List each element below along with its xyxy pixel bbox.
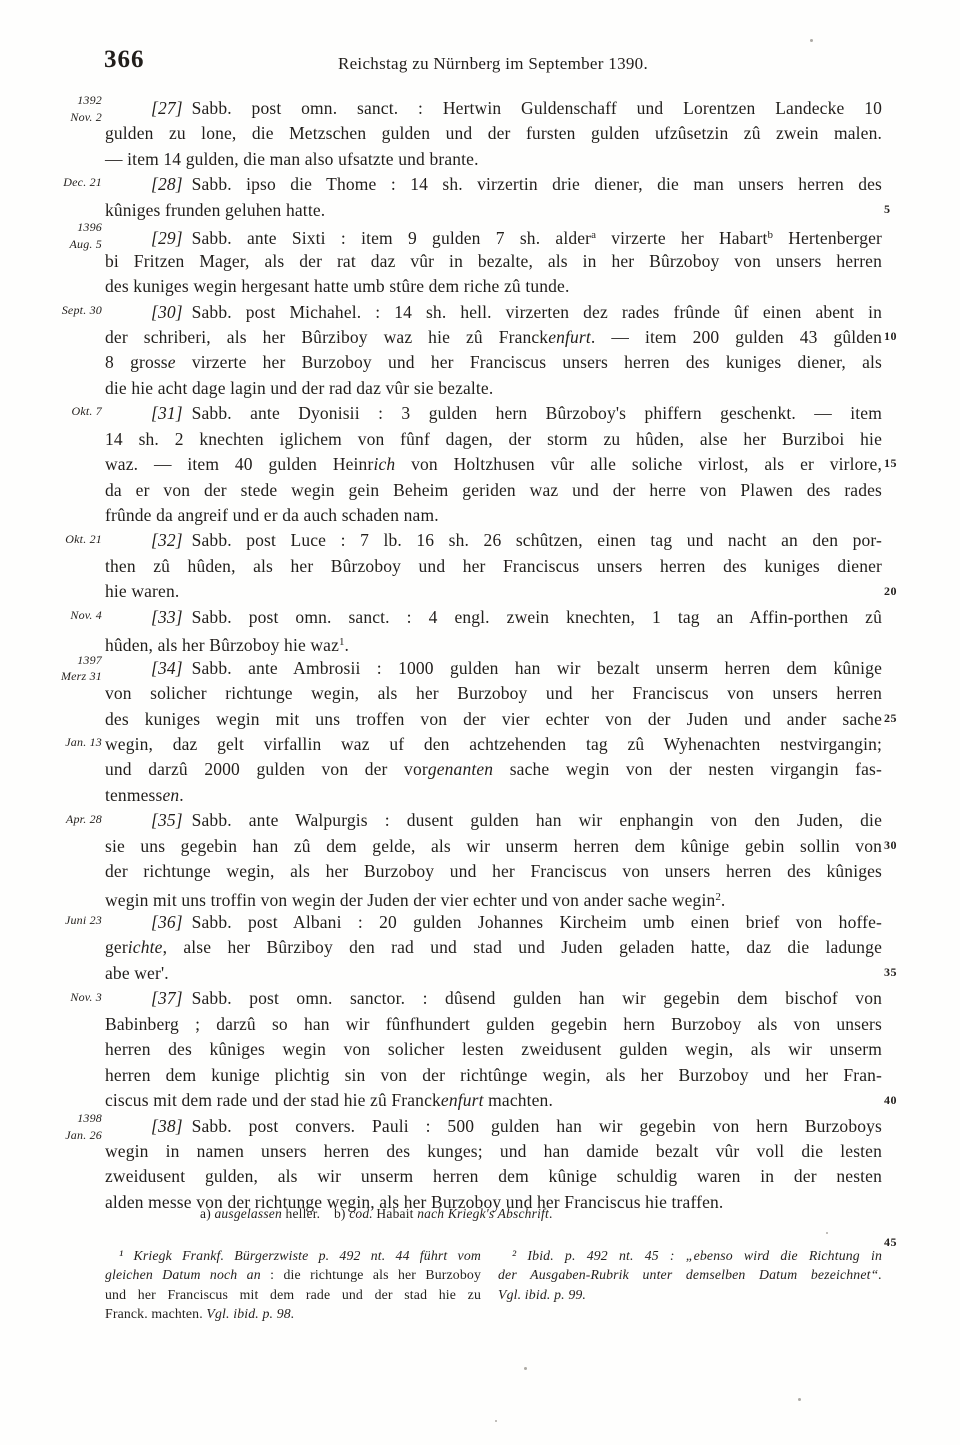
text-segment: a) — [200, 1206, 214, 1221]
footnote-2: ² Ibid. p. 492 nt. 45 : „ebenso wird die… — [498, 1246, 882, 1304]
text-segment: und darzû 2000 gulden von der vor — [105, 759, 428, 779]
text-line: 8 grosse virzerte her Burzoboy und her F… — [105, 350, 882, 375]
text-line: wegin mit uns troffin von wegin der Jude… — [105, 885, 882, 910]
text-segment: wegin mit uns troffin von wegin der Jude… — [105, 890, 715, 910]
text-segment: virzerte her Habart — [596, 228, 768, 248]
text-segment: die hie acht dage lagin und der rad daz … — [105, 378, 493, 398]
margin-date-note: Okt. 7 — [38, 403, 102, 420]
text-line: [35] Sabb. ante Walpurgis : dusent gulde… — [105, 808, 882, 833]
text-line: then zû hûden, als her Bûrzoboy und her … — [105, 554, 882, 579]
text-segment: der schriberi, als her Bûrziboy waz hie … — [105, 327, 548, 347]
margin-date-note: 1396Aug. 5 — [38, 219, 102, 252]
ledger-entry: [35] Sabb. ante Walpurgis : dusent gulde… — [105, 808, 882, 910]
text-segment: : die richtunge als her Burzoboy — [261, 1267, 481, 1282]
margin-date-note: Okt. 21 — [38, 531, 102, 548]
text-segment: [29] — [151, 228, 183, 248]
margin-date-note: Nov. 3 — [38, 989, 102, 1006]
text-segment: herren dem kunige plichtig sin von der r… — [105, 1065, 882, 1085]
text-segment: bi Fritzen Mager, als der rat daz vûr in… — [105, 251, 882, 271]
footnote-1: ¹ Kriegk Frankf. Bürgerzwiste p. 492 nt.… — [105, 1246, 481, 1323]
scan-speckle — [810, 39, 813, 42]
text-segment: genanten — [428, 759, 493, 779]
text-segment: — item 14 gulden, die man also ufsatzte … — [105, 149, 479, 169]
text-segment: . — [549, 1206, 553, 1221]
margin-date-note: Nov. 4 — [38, 607, 102, 624]
text-segment: ¹ Kriegk Frankf. Bürgerzwiste p. 492 nt.… — [119, 1248, 481, 1263]
text-segment: [27] — [151, 98, 183, 118]
ledger-entry: [28] Sabb. ipso die Thome : 14 sh. virze… — [105, 172, 882, 223]
text-segment: hie waren. — [105, 581, 179, 601]
text-line: [29] Sabb. ante Sixti : item 9 gulden 7 … — [105, 223, 882, 248]
text-line: [34] Sabb. ante Ambrosii : 1000 gulden h… — [105, 656, 882, 681]
text-line: [37] Sabb. post omn. sanctor. : dûsend g… — [105, 986, 882, 1011]
text-segment: ich — [373, 454, 395, 474]
text-line: gleichen Datum noch an : die richtunge a… — [105, 1265, 481, 1284]
text-segment: von Holtzhusen vûr alle soliche virlost,… — [395, 454, 882, 474]
scan-speckle — [495, 1420, 497, 1422]
text-segment: enfurt — [441, 1090, 484, 1110]
book-page-scan: 366 Reichstag zu Nürnberg im September 1… — [0, 0, 960, 1445]
text-segment: [36] — [151, 912, 183, 932]
text-segment: enfurt — [548, 327, 591, 347]
margin-date-note: 1392Nov. 2 — [38, 92, 102, 125]
text-segment: sache wegin von der nesten virgangin fas… — [493, 759, 882, 779]
text-line: frûnde da angreif und er da auch schaden… — [105, 503, 882, 528]
line-number: 25 — [884, 711, 910, 726]
text-line: kûniges frunden geluhen hatte. — [105, 198, 882, 223]
text-line: sie uns gegebin han zû dem gelde, als wi… — [105, 834, 882, 859]
text-segment: nach Kriegk's Abschrift — [417, 1206, 549, 1221]
ledger-entry: [38] Sabb. post convers. Pauli : 500 gul… — [105, 1114, 882, 1216]
text-segment: ² Ibid. p. 492 nt. 45 : „ebenso wird die… — [512, 1248, 882, 1263]
text-segment: [28] — [151, 174, 183, 194]
text-line: Franck. machten. Vgl. ibid. p. 98. — [105, 1304, 481, 1323]
text-segment: der richtunge wegin, als her Burzoboy un… — [105, 861, 882, 881]
margin-date-note: Juni 23 — [38, 912, 102, 929]
text-segment: [34] — [151, 658, 183, 678]
text-segment: cod. — [349, 1206, 373, 1221]
text-line: des kuniges wegin hergesant hatte umb st… — [105, 274, 882, 299]
text-line: abe wer'. — [105, 961, 882, 986]
text-segment: des kuniges wegin mit uns troffen von de… — [105, 709, 882, 729]
text-segment: Babinberg ; darzû so han wir fûnfhundert… — [105, 1014, 882, 1034]
ledger-entry: [36] Sabb. post Albani : 20 gulden Johan… — [105, 910, 882, 986]
ledger-entry: [31] Sabb. ante Dyonisii : 3 gulden hern… — [105, 401, 882, 528]
text-segment: then zû hûden, als her Bûrzoboy und her … — [105, 556, 882, 576]
text-segment: Sabb. post Luce : 7 lb. 16 sh. 26 schûtz… — [183, 530, 882, 550]
ledger-entry: [32] Sabb. post Luce : 7 lb. 16 sh. 26 s… — [105, 528, 882, 604]
text-segment: en — [162, 785, 179, 805]
text-segment: [31] — [151, 403, 183, 423]
text-segment: machten. — [484, 1090, 553, 1110]
text-segment: . — [179, 785, 184, 805]
text-line: [38] Sabb. post convers. Pauli : 500 gul… — [105, 1114, 882, 1139]
text-line: ¹ Kriegk Frankf. Bürgerzwiste p. 492 nt.… — [105, 1246, 481, 1265]
ledger-entry: [33] Sabb. post omn. sanct. : 4 engl. zw… — [105, 605, 882, 656]
text-segment: , alse her Bûrziboy den rad und stad und… — [163, 937, 882, 957]
text-line: [31] Sabb. ante Dyonisii : 3 gulden hern… — [105, 401, 882, 426]
margin-date-note: Dec. 21 — [38, 174, 102, 191]
text-segment: gulden zu lone, die Metzschen gulden und… — [105, 123, 882, 143]
text-segment: wegin in namen unsers herren des kunges;… — [105, 1141, 882, 1161]
line-number: 30 — [884, 838, 910, 853]
text-segment: [32] — [151, 530, 183, 550]
line-number: 5 — [884, 202, 910, 217]
text-line: waz. — item 40 gulden Heinrich von Holtz… — [105, 452, 882, 477]
line-number: 10 — [884, 329, 910, 344]
text-segment: ichte — [128, 937, 163, 957]
line-number: 15 — [884, 456, 910, 471]
text-segment: gleichen Datum noch an — [105, 1267, 261, 1282]
text-line: ² Ibid. p. 492 nt. 45 : „ebenso wird die… — [498, 1246, 882, 1265]
text-line: wegin in namen unsers herren des kunges;… — [105, 1139, 882, 1164]
scan-speckle — [524, 1367, 527, 1370]
text-segment: Franck. machten. — [105, 1306, 206, 1321]
text-segment: Sabb. post convers. Pauli : 500 gulden h… — [183, 1116, 882, 1136]
text-segment: Sabb. ipso die Thome : 14 sh. virzertin … — [183, 174, 882, 194]
text-segment: wegin, daz gelt virfallin waz uf den ach… — [105, 734, 882, 754]
text-segment: heller. b) — [282, 1206, 349, 1221]
margin-date-note: 1398Jan. 26 — [38, 1110, 102, 1143]
text-line: [27] Sabb. post omn. sanct. : Hertwin Gu… — [105, 96, 882, 121]
text-line: [28] Sabb. ipso die Thome : 14 sh. virze… — [105, 172, 882, 197]
text-segment: Sabb. post omn. sanct. : Hertwin Guldens… — [183, 98, 882, 118]
text-line: 14 sh. 2 knechten iglichem von fûnf dage… — [105, 427, 882, 452]
text-segment: . — [345, 635, 350, 655]
text-line: bi Fritzen Mager, als der rat daz vûr in… — [105, 249, 882, 274]
text-segment: Sabb. post omn. sanct. : 4 engl. zwein k… — [183, 607, 882, 627]
text-segment: Sabb. post Michahel. : 14 sh. hell. virz… — [183, 302, 882, 322]
text-line: zweidusent gulden, als wir unserm herren… — [105, 1164, 882, 1189]
text-segment: waz. — item 40 gulden Heinr — [105, 454, 373, 474]
scan-speckle — [798, 1398, 801, 1401]
text-line: der richtunge wegin, als her Burzoboy un… — [105, 859, 882, 884]
text-segment: Sabb. ante Ambrosii : 1000 gulden han wi… — [183, 658, 882, 678]
text-segment: . — [721, 890, 726, 910]
ledger-entry: [37] Sabb. post omn. sanctor. : dûsend g… — [105, 986, 882, 1113]
text-segment: tenmess — [105, 785, 162, 805]
text-segment: da er von der stede wegin gein Beheim ge… — [105, 480, 882, 500]
text-segment: Vgl. ibid. p. 99. — [498, 1287, 586, 1302]
text-line: wegin, daz gelt virfallin waz uf den ach… — [105, 732, 882, 757]
text-segment: ausgelassen — [214, 1206, 281, 1221]
text-line: gulden zu lone, die Metzschen gulden und… — [105, 121, 882, 146]
text-segment: 8 gross — [105, 352, 168, 372]
text-segment: Sabb. ante Sixti : item 9 gulden 7 sh. a… — [183, 228, 591, 248]
margin-date-note: 1397Merz 31 — [38, 652, 102, 685]
line-number: 35 — [884, 965, 910, 980]
text-segment: virzerte her Burzoboy und her Franciscus… — [176, 352, 882, 372]
text-segment: der Ausgaben-Rubrik unter demselben Datu… — [498, 1267, 882, 1282]
text-segment: Sabb. post omn. sanctor. : dûsend gulden… — [183, 988, 882, 1008]
text-line: [33] Sabb. post omn. sanct. : 4 engl. zw… — [105, 605, 882, 630]
text-segment: und her Franciscus mit dem rade und der … — [105, 1287, 481, 1302]
text-line: und her Franciscus mit dem rade und der … — [105, 1285, 481, 1304]
margin-date-note: Apr. 28 — [38, 811, 102, 828]
text-segment: ciscus mit dem rade und der stad hie zû … — [105, 1090, 441, 1110]
text-line: [32] Sabb. post Luce : 7 lb. 16 sh. 26 s… — [105, 528, 882, 553]
critical-apparatus-note: a) ausgelassen heller. b) cod. Habait na… — [200, 1205, 880, 1223]
text-line: herren dem kunige plichtig sin von der r… — [105, 1063, 882, 1088]
text-segment: [35] — [151, 810, 183, 830]
text-segment: e — [168, 352, 176, 372]
scan-speckle — [826, 1232, 828, 1234]
text-segment: sie uns gegebin han zû dem gelde, als wi… — [105, 836, 882, 856]
text-line: der Ausgaben-Rubrik unter demselben Datu… — [498, 1265, 882, 1284]
text-line: gerichte, alse her Bûrziboy den rad und … — [105, 935, 882, 960]
ledger-entry: [30] Sabb. post Michahel. : 14 sh. hell.… — [105, 300, 882, 402]
text-line: und darzû 2000 gulden von der vorgenante… — [105, 757, 882, 782]
text-line: die hie acht dage lagin und der rad daz … — [105, 376, 882, 401]
text-line: [36] Sabb. post Albani : 20 gulden Johan… — [105, 910, 882, 935]
text-segment: herren des kûniges wegin von solicher le… — [105, 1039, 882, 1059]
text-segment: zweidusent gulden, als wir unserm herren… — [105, 1166, 882, 1186]
text-line: tenmessen. — [105, 783, 882, 808]
margin-date-note: Jan. 13 — [38, 734, 102, 751]
text-segment: von solicher richtunge wegin, als her Bu… — [105, 683, 882, 703]
text-line: ciscus mit dem rade und der stad hie zû … — [105, 1088, 882, 1113]
margin-date-note: Sept. 30 — [38, 302, 102, 319]
text-segment: Hertenberger — [773, 228, 882, 248]
ledger-entry: [27] Sabb. post omn. sanct. : Hertwin Gu… — [105, 96, 882, 172]
text-segment: [33] — [151, 607, 183, 627]
text-segment: Sabb. ante Dyonisii : 3 gulden hern Bûrz… — [183, 403, 882, 423]
text-segment: Vgl. ibid. p. 98. — [206, 1306, 294, 1321]
text-segment: des kuniges wegin hergesant hatte umb st… — [105, 276, 569, 296]
ledger-entry: [34] Sabb. ante Ambrosii : 1000 gulden h… — [105, 656, 882, 809]
text-segment: [30] — [151, 302, 183, 322]
text-segment: Sabb. ante Walpurgis : dusent gulden han… — [183, 810, 882, 830]
text-segment: 14 sh. 2 knechten iglichem von fûnf dage… — [105, 429, 882, 449]
line-number: 20 — [884, 584, 910, 599]
running-head: Reichstag zu Nürnberg im September 1390. — [105, 54, 881, 74]
text-segment: kûniges frunden geluhen hatte. — [105, 200, 325, 220]
line-number: 45 — [884, 1235, 910, 1250]
main-text-column: [27] Sabb. post omn. sanct. : Hertwin Gu… — [105, 96, 882, 1215]
text-line: hûden, als her Bûrzoboy hie waz1. — [105, 630, 882, 655]
text-segment: Sabb. post Albani : 20 gulden Johannes K… — [183, 912, 882, 932]
text-segment: frûnde da angreif und er da auch schaden… — [105, 505, 439, 525]
text-segment: ger — [105, 937, 128, 957]
text-segment: [38] — [151, 1116, 183, 1136]
text-segment: abe wer'. — [105, 963, 169, 983]
text-line: — item 14 gulden, die man also ufsatzte … — [105, 147, 882, 172]
text-line: des kuniges wegin mit uns troffen von de… — [105, 707, 882, 732]
ledger-entry: [29] Sabb. ante Sixti : item 9 gulden 7 … — [105, 223, 882, 299]
text-segment: [37] — [151, 988, 183, 1008]
text-line: der schriberi, als her Bûrziboy waz hie … — [105, 325, 882, 350]
text-line: [30] Sabb. post Michahel. : 14 sh. hell.… — [105, 300, 882, 325]
text-segment: Habait — [373, 1206, 417, 1221]
text-line: Vgl. ibid. p. 99. — [498, 1285, 882, 1304]
line-number: 40 — [884, 1093, 910, 1108]
text-segment: . — item 200 gulden 43 gûlden — [591, 327, 882, 347]
text-line: da er von der stede wegin gein Beheim ge… — [105, 478, 882, 503]
text-segment: hûden, als her Bûrzoboy hie waz — [105, 635, 339, 655]
text-line: von solicher richtunge wegin, als her Bu… — [105, 681, 882, 706]
text-line: hie waren. — [105, 579, 882, 604]
text-line: herren des kûniges wegin von solicher le… — [105, 1037, 882, 1062]
text-line: Babinberg ; darzû so han wir fûnfhundert… — [105, 1012, 882, 1037]
